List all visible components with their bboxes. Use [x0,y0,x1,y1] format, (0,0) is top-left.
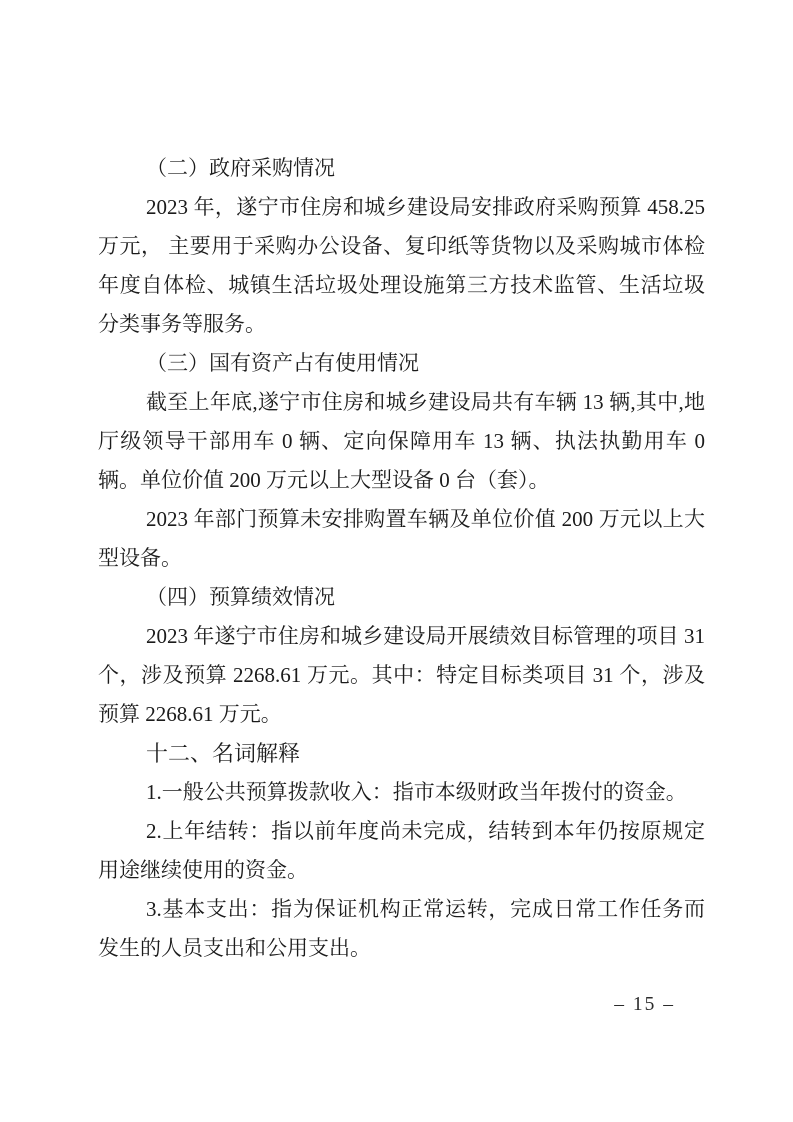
document-page: （二）政府采购情况 2023 年，遂宁市住房和城乡建设局安排政府采购预算 458… [0,0,793,1122]
page-number: – 15 – [614,993,675,1017]
glossary-item-carryover-funds: 2.上年结转：指以前年度尚未完成，结转到本年仍按原规定用途继续使用的资金。 [98,812,705,890]
paragraph-assets-vehicles: 截至上年底,遂宁市住房和城乡建设局共有车辆 13 辆,其中,地厅级领导干部用车 … [98,383,705,500]
section-heading-government-procurement: （二）政府采购情况 [98,149,705,188]
paragraph-assets-budget: 2023 年部门预算未安排购置车辆及单位价值 200 万元以上大型设备。 [98,500,705,578]
glossary-item-general-budget-income: 1.一般公共预算拨款收入：指市本级财政当年拨付的资金。 [98,773,705,812]
paragraph-government-procurement: 2023 年，遂宁市住房和城乡建设局安排政府采购预算 458.25 万元， 主要… [98,188,705,344]
section-heading-state-assets: （三）国有资产占有使用情况 [98,344,705,383]
section-heading-glossary: 十二、名词解释 [98,734,705,773]
glossary-item-basic-expenditure: 3.基本支出：指为保证机构正常运转，完成日常工作任务而发生的人员支出和公用支出。 [98,890,705,968]
document-content: （二）政府采购情况 2023 年，遂宁市住房和城乡建设局安排政府采购预算 458… [98,149,705,968]
paragraph-budget-performance: 2023 年遂宁市住房和城乡建设局开展绩效目标管理的项目 31 个，涉及预算 2… [98,617,705,734]
section-heading-budget-performance: （四）预算绩效情况 [98,578,705,617]
